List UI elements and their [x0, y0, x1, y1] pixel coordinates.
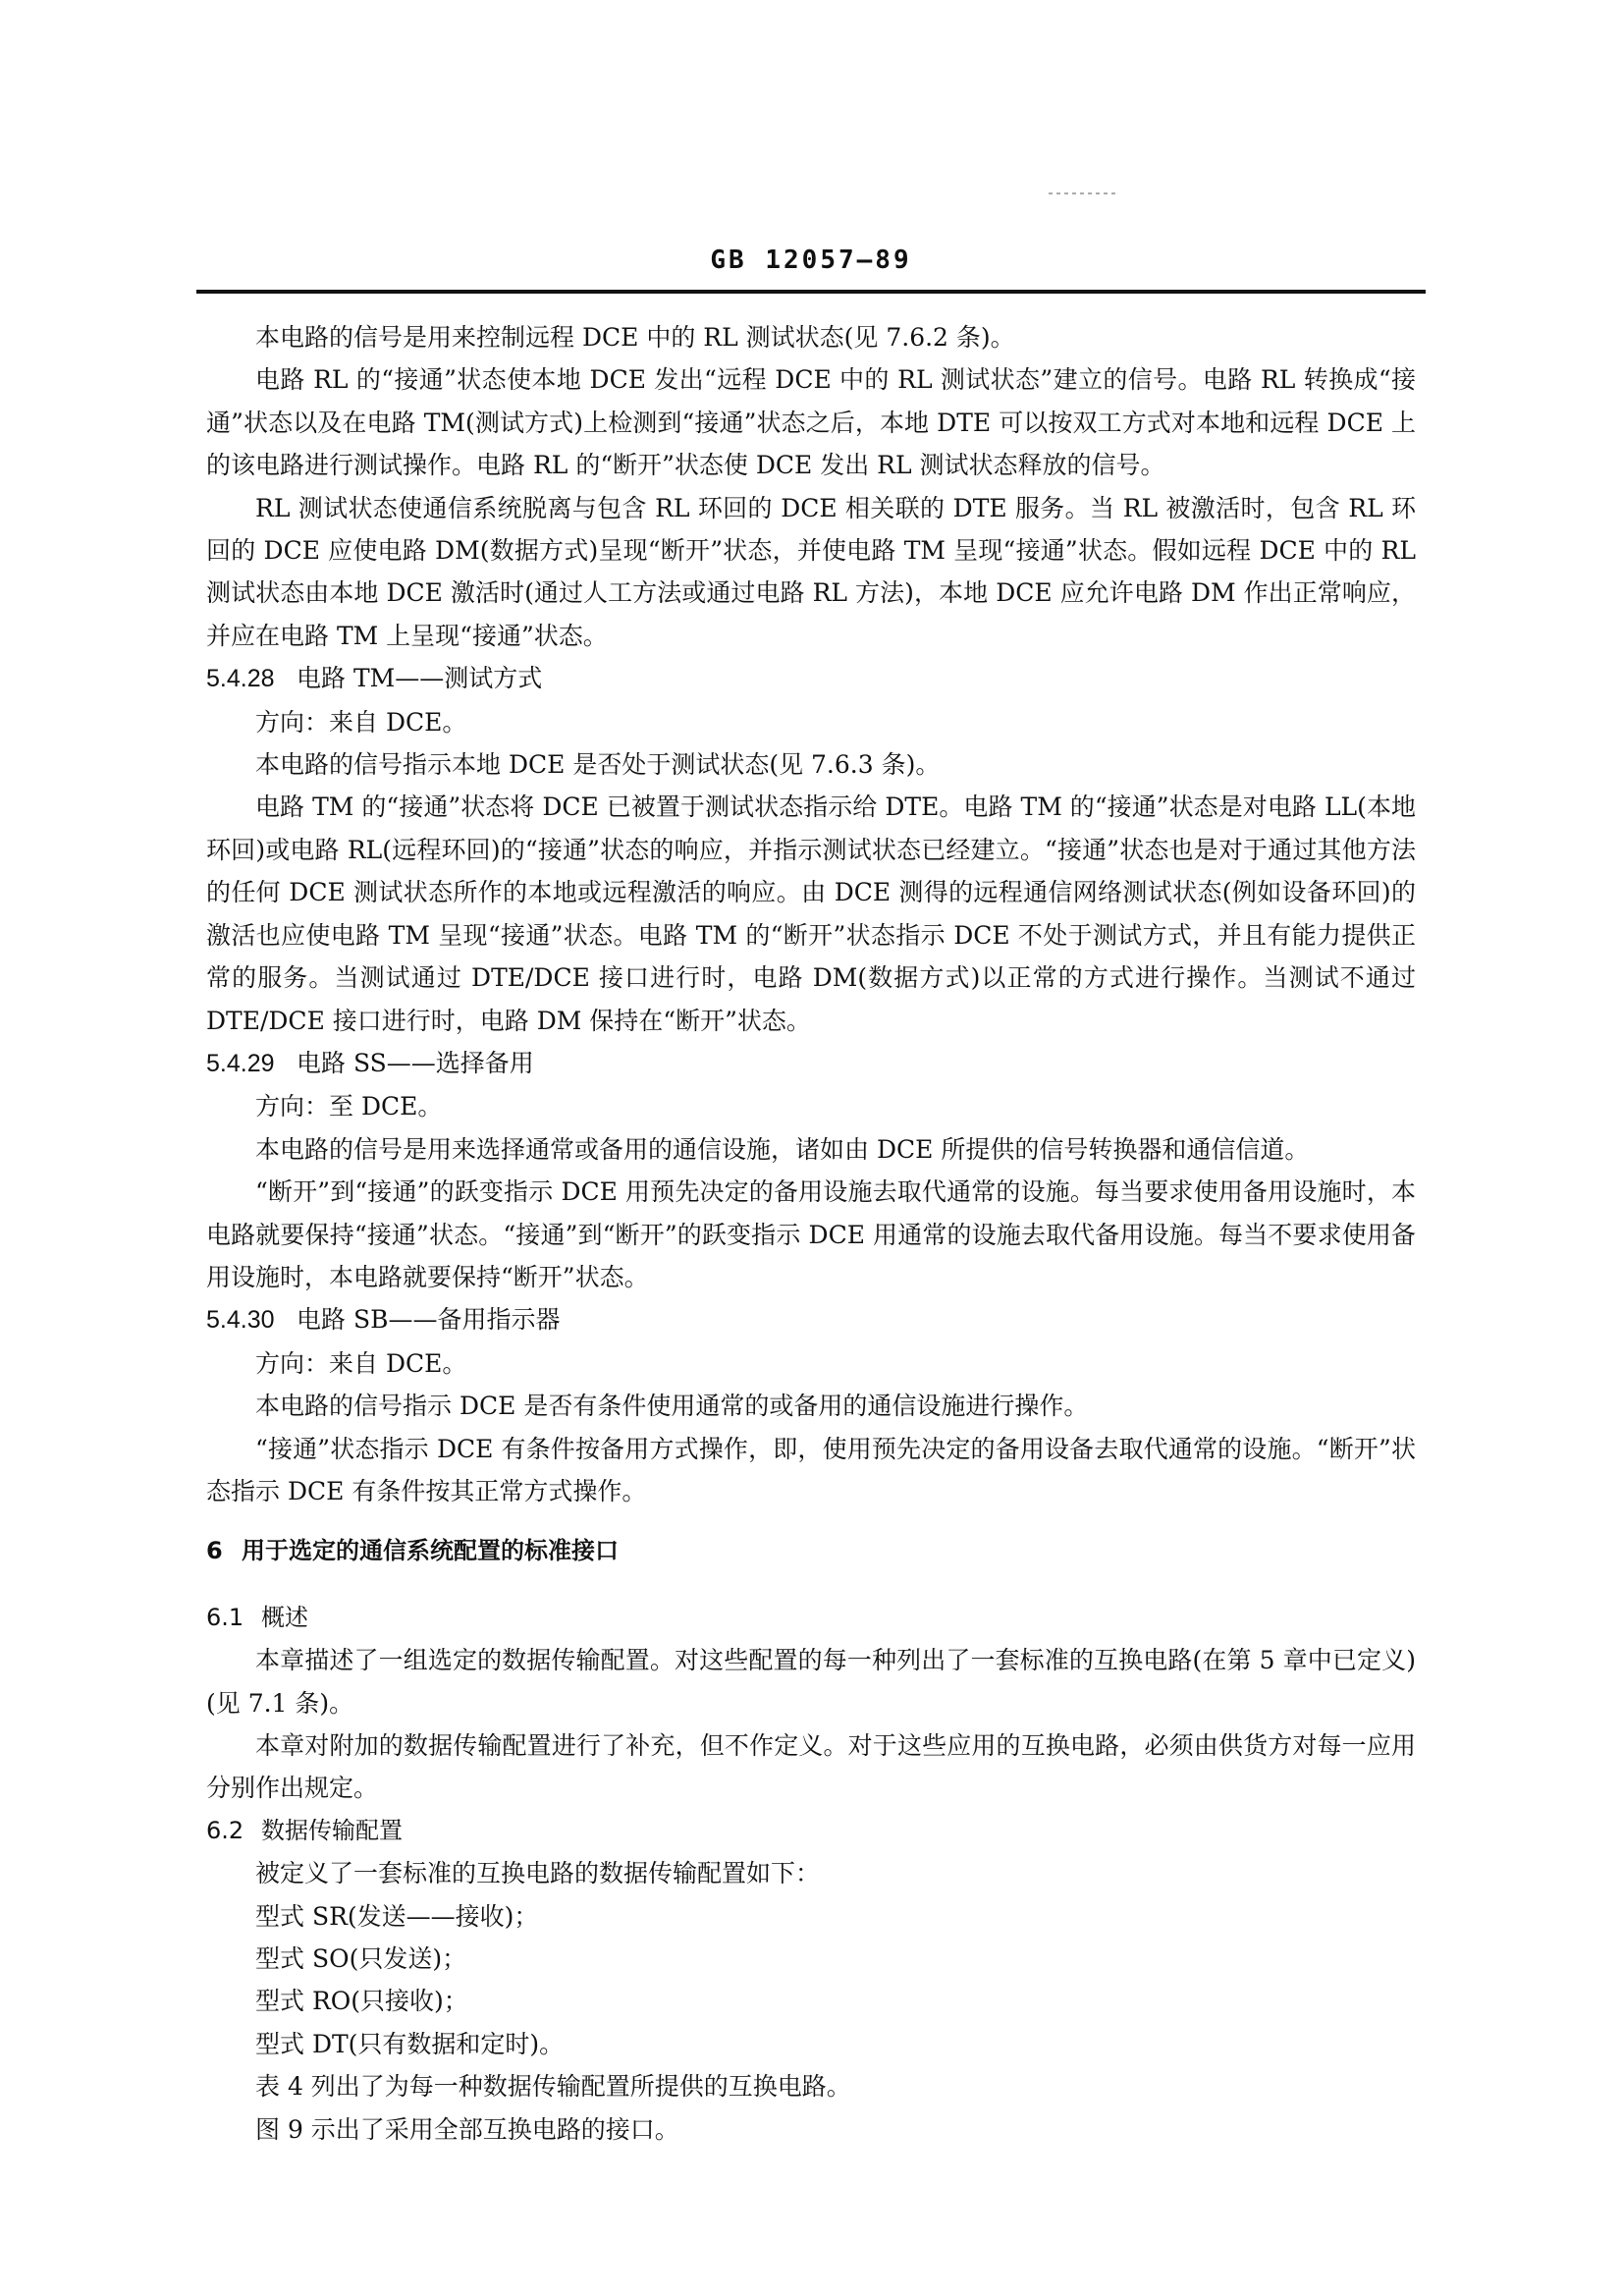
subsection-title: 数据传输配置: [261, 1817, 403, 1844]
paragraph: “断开”到“接通”的跃变指示 DCE 用预先决定的备用设施去取代通常的设施。每当…: [206, 1171, 1416, 1298]
subsection-title: 概述: [261, 1604, 308, 1631]
config-type-so: 型式 SO(只发送)；: [206, 1938, 1416, 1980]
standard-code-header: GB 12057—89: [196, 246, 1426, 275]
config-type-dt: 型式 DT(只有数据和定时)。: [206, 2023, 1416, 2065]
section-number: 6: [206, 1530, 242, 1572]
subsection-heading-6-1: 6.1概述: [206, 1597, 1416, 1639]
document-body: 本电路的信号是用来控制远程 DCE 中的 RL 测试状态(见 7.6.2 条)。…: [206, 316, 1416, 2151]
document-page: GB 12057—89 本电路的信号是用来控制远程 DCE 中的 RL 测试状态…: [0, 0, 1622, 2296]
clause-title: 电路 SS——选择备用: [297, 1049, 534, 1077]
clause-heading-5-4-30: 5.4.30电路 SB——备用指示器: [206, 1298, 1416, 1341]
clause-number: 5.4.30: [206, 1299, 297, 1341]
paragraph: RL 测试状态使通信系统脱离与包含 RL 环回的 DCE 相关联的 DTE 服务…: [206, 487, 1416, 658]
section-title: 用于选定的通信系统配置的标准接口: [242, 1537, 619, 1564]
clause-title: 电路 SB——备用指示器: [297, 1305, 560, 1334]
paragraph: 方向：至 DCE。: [206, 1085, 1416, 1127]
paragraph: 方向：来自 DCE。: [206, 1342, 1416, 1385]
header-rule: [196, 290, 1426, 294]
paragraph: 本电路的信号是用来控制远程 DCE 中的 RL 测试状态(见 7.6.2 条)。: [206, 316, 1416, 358]
paragraph: 被定义了一套标准的互换电路的数据传输配置如下：: [206, 1852, 1416, 1894]
config-type-sr: 型式 SR(发送——接收)；: [206, 1895, 1416, 1938]
clause-title: 电路 TM——测试方式: [297, 664, 542, 692]
paragraph: 电路 RL 的“接通”状态使本地 DCE 发出“远程 DCE 中的 RL 测试状…: [206, 358, 1416, 486]
clause-heading-5-4-29: 5.4.29电路 SS——选择备用: [206, 1042, 1416, 1085]
paragraph: 本章描述了一组选定的数据传输配置。对这些配置的每一种列出了一套标准的互换电路(在…: [206, 1639, 1416, 1724]
paragraph: 本电路的信号是用来选择通常或备用的通信设施，诸如由 DCE 所提供的信号转换器和…: [206, 1128, 1416, 1171]
scan-artifact: [1049, 192, 1119, 194]
paragraph: 表 4 列出了为每一种数据传输配置所提供的互换电路。: [206, 2065, 1416, 2107]
paragraph: 方向：来自 DCE。: [206, 701, 1416, 743]
clause-number: 5.4.28: [206, 658, 297, 700]
section-heading-6: 6用于选定的通信系统配置的标准接口: [206, 1530, 1416, 1572]
subsection-number: 6.1: [206, 1597, 261, 1639]
config-type-ro: 型式 RO(只接收)；: [206, 1980, 1416, 2022]
paragraph: 图 9 示出了采用全部互换电路的接口。: [206, 2108, 1416, 2151]
paragraph: 本章对附加的数据传输配置进行了补充，但不作定义。对于这些应用的互换电路，必须由供…: [206, 1724, 1416, 1810]
clause-heading-5-4-28: 5.4.28电路 TM——测试方式: [206, 657, 1416, 700]
subsection-number: 6.2: [206, 1810, 261, 1852]
paragraph: 本电路的信号指示 DCE 是否有条件使用通常的或备用的通信设施进行操作。: [206, 1385, 1416, 1427]
paragraph: 电路 TM 的“接通”状态将 DCE 已被置于测试状态指示给 DTE。电路 TM…: [206, 786, 1416, 1041]
subsection-heading-6-2: 6.2数据传输配置: [206, 1810, 1416, 1852]
clause-number: 5.4.29: [206, 1043, 297, 1085]
paragraph: “接通”状态指示 DCE 有条件按备用方式操作，即，使用预先决定的备用设备去取代…: [206, 1428, 1416, 1513]
paragraph: 本电路的信号指示本地 DCE 是否处于测试状态(见 7.6.3 条)。: [206, 743, 1416, 786]
